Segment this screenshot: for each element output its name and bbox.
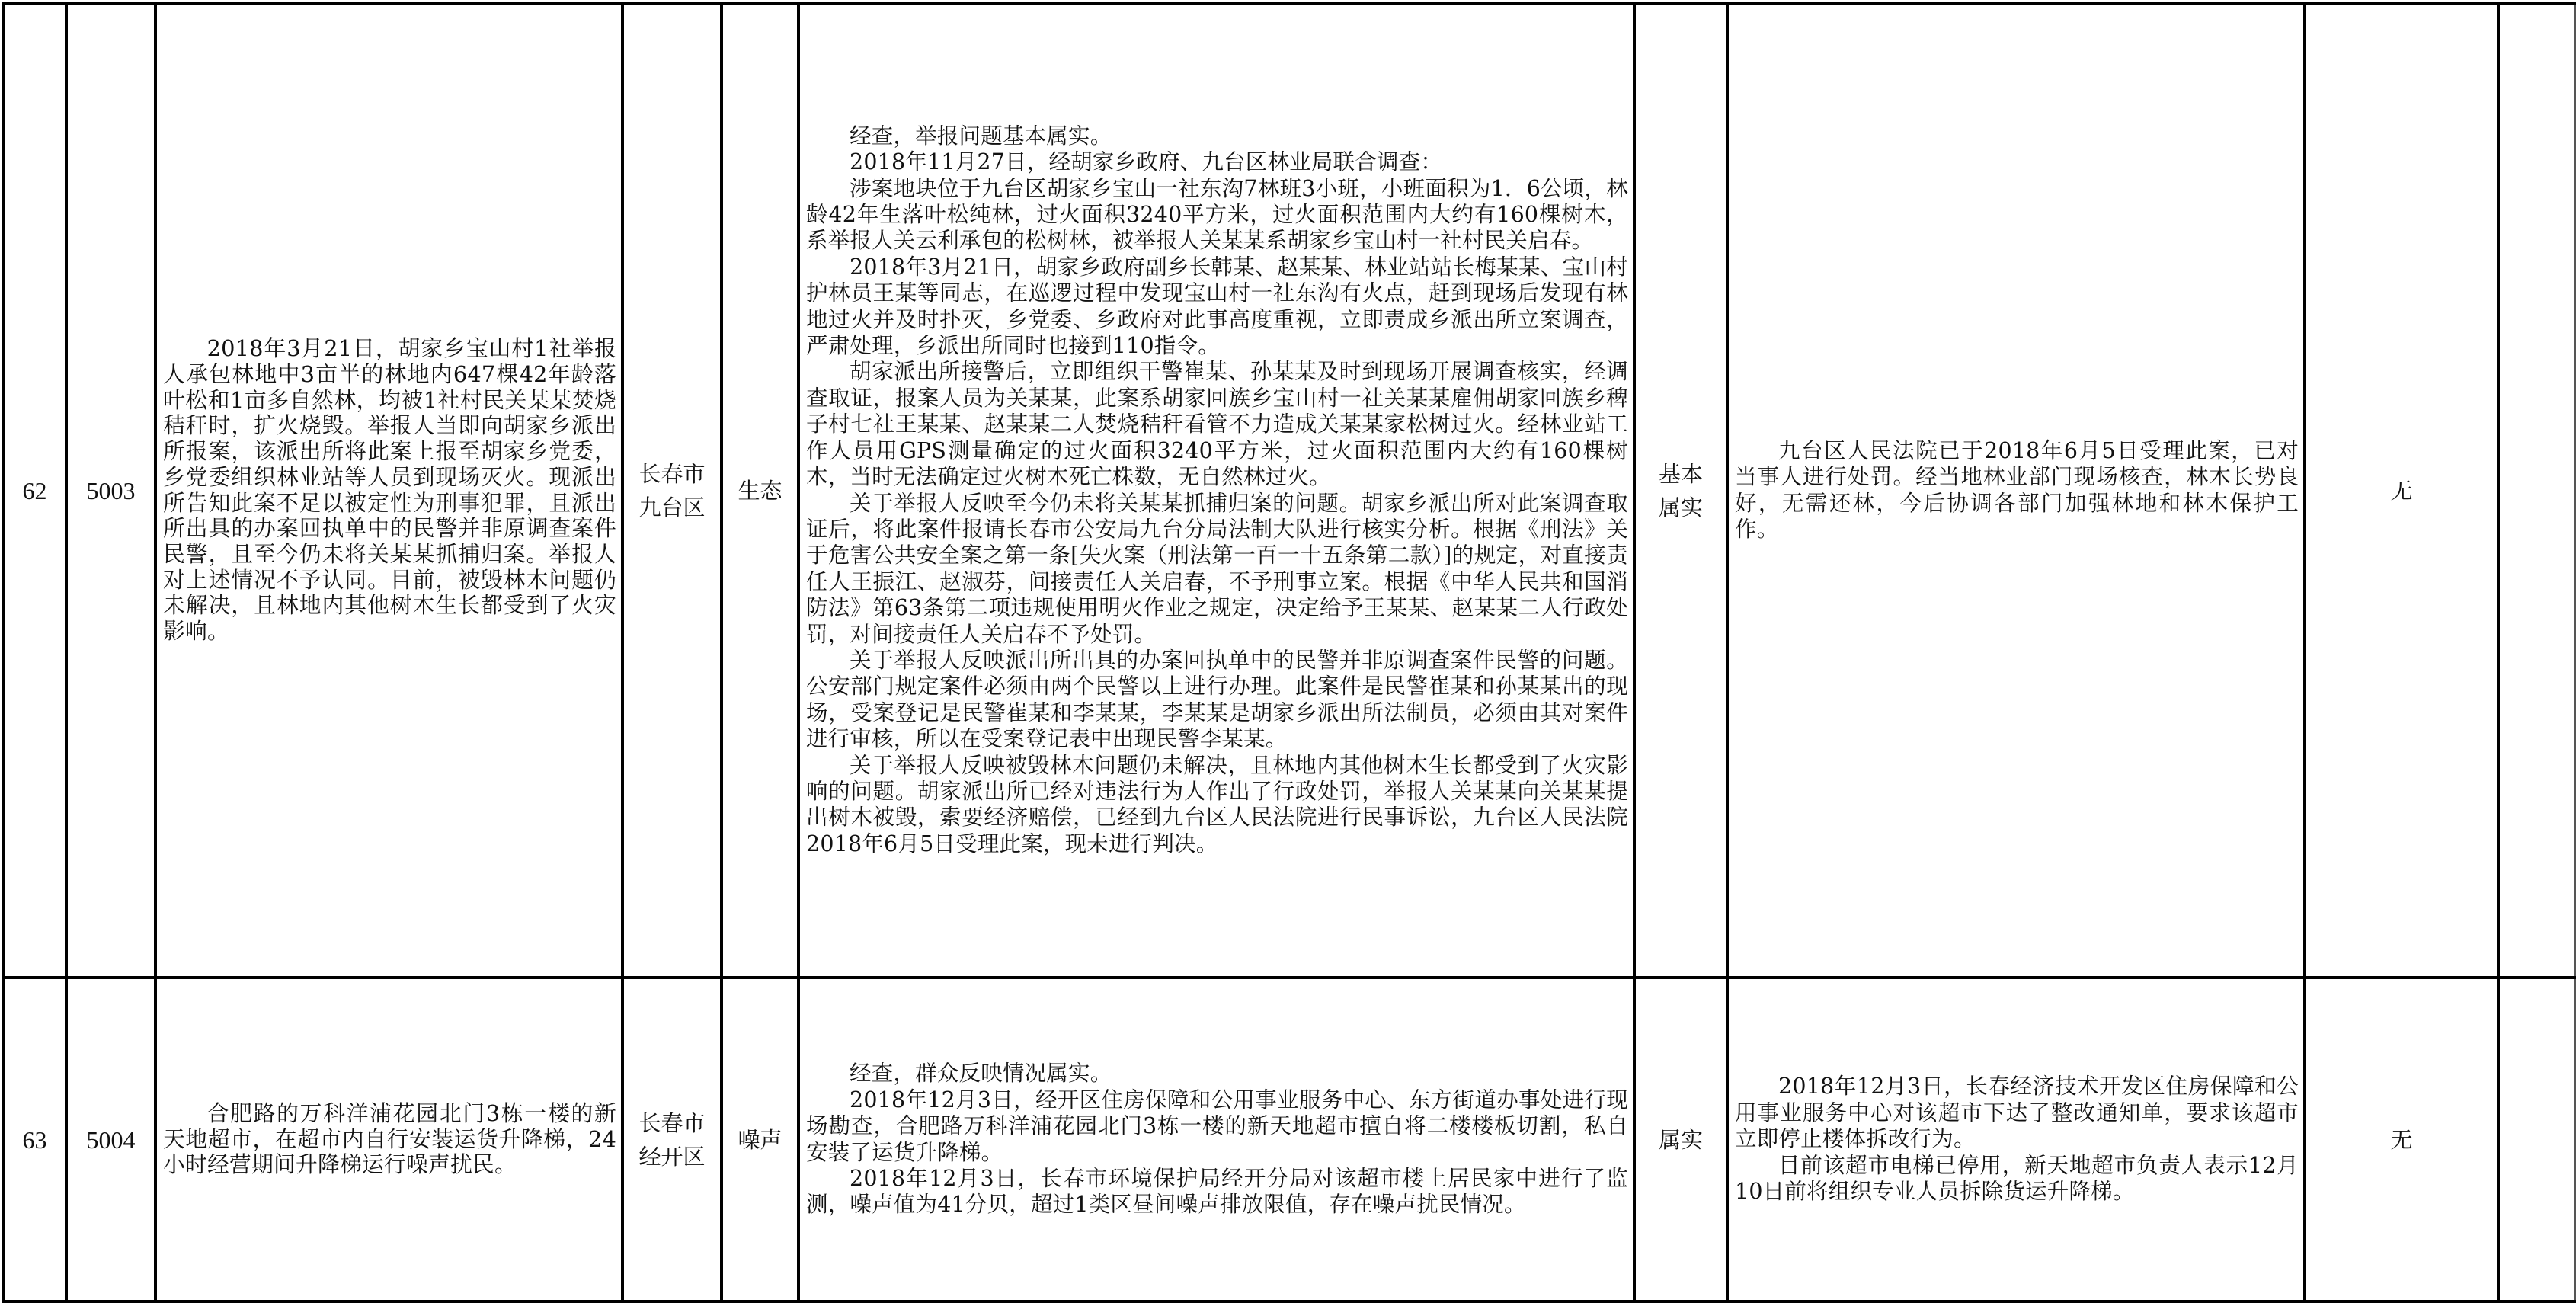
accountability-text: 无 <box>2390 1127 2412 1153</box>
verdict-cell: 基本 属实 <box>1634 3 1727 978</box>
investigation-findings-cell: 经查，举报问题基本属实。 2018年11月27日，经胡家乡政府、九台区林业局联合… <box>798 3 1634 978</box>
handling-paragraph: 九台区人民法院已于2018年6月5日受理此案，已对当事人进行处罚。经当地林业部门… <box>1735 438 2299 543</box>
findings-paragraph: 2018年11月27日，经胡家乡政府、九台区林业局联合调查： <box>806 149 1628 175</box>
complaint-handling-table: 62 5003 2018年3月21日，胡家乡宝山村1社举报人承包林地中3亩半的林… <box>2 2 2576 1303</box>
district-cell: 长春市 经开区 <box>622 978 722 1301</box>
findings-paragraph: 关于举报人反映派出所出具的办案回执单中的民警并非原调查案件民警的问题。公安部门规… <box>806 648 1628 753</box>
district-cell: 长春市 九台区 <box>622 3 722 978</box>
handling-paragraph: 目前该超市电梯已停用，新天地超市负责人表示12月10日前将组织专业人员拆除货运升… <box>1735 1153 2299 1205</box>
accountability-cell: 无 <box>2305 978 2498 1301</box>
findings-paragraph: 关于举报人反映被毁林木问题仍未解决，且林地内其他树木生长都受到了火灾影响的问题。… <box>806 753 1628 858</box>
sequence-number-cell: 63 <box>3 978 66 1301</box>
investigation-findings-cell: 经查，群众反映情况属实。 2018年12月3日，经开区住房保障和公用事业服务中心… <box>798 978 1634 1301</box>
category-cell: 噪声 <box>722 978 798 1301</box>
verdict-text: 基本 <box>1636 457 1726 491</box>
case-id: 5003 <box>87 477 136 504</box>
complaint-content: 2018年3月21日，胡家乡宝山村1社举报人承包林地中3亩半的林地内647棵42… <box>163 336 616 644</box>
verdict-text: 属实 <box>1636 1123 1726 1157</box>
sequence-number-cell: 62 <box>3 3 66 978</box>
district-city: 长春市 <box>624 457 720 491</box>
complaint-content: 合肥路的万科洋浦花园北门3栋一楼的新天地超市，在超市内自行安装运货升降梯，24小… <box>163 1101 616 1178</box>
table-row: 62 5003 2018年3月21日，胡家乡宝山村1社举报人承包林地中3亩半的林… <box>3 3 2575 978</box>
district-area: 九台区 <box>624 491 720 524</box>
remarks-cell <box>2498 978 2575 1301</box>
table-row: 63 5004 合肥路的万科洋浦花园北门3栋一楼的新天地超市，在超市内自行安装运… <box>3 978 2575 1301</box>
district-city: 长春市 <box>624 1106 720 1140</box>
findings-paragraph: 2018年12月3日，长春市环境保护局经开分局对该超市楼上居民家中进行了监测，噪… <box>806 1166 1628 1218</box>
findings-paragraph: 涉案地块位于九台区胡家乡宝山一社东沟7林班3小班，小班面积为1．6公顷，林龄42… <box>806 176 1628 254</box>
sequence-number: 63 <box>23 1126 47 1154</box>
pollution-category: 噪声 <box>738 1127 782 1153</box>
findings-paragraph: 2018年3月21日，胡家乡政府副乡长韩某、赵某某、林业站站长梅某某、宝山村护林… <box>806 254 1628 360</box>
case-id: 5004 <box>87 1126 136 1154</box>
accountability-cell: 无 <box>2305 3 2498 978</box>
findings-paragraph: 经查，举报问题基本属实。 <box>806 123 1628 149</box>
verdict-text: 属实 <box>1636 491 1726 524</box>
findings-paragraph: 经查，群众反映情况属实。 <box>806 1061 1628 1087</box>
handling-paragraph: 2018年12月3日，长春经济技术开发区住房保障和公用事业服务中心对该超市下达了… <box>1735 1074 2299 1152</box>
category-cell: 生态 <box>722 3 798 978</box>
case-id-cell: 5003 <box>66 3 155 978</box>
accountability-text: 无 <box>2390 478 2412 504</box>
handling-cell: 2018年12月3日，长春经济技术开发区住房保障和公用事业服务中心对该超市下达了… <box>1727 978 2305 1301</box>
findings-paragraph: 胡家派出所接警后，立即组织干警崔某、孙某某及时到现场开展调查核实，经调查取证，报… <box>806 359 1628 490</box>
sequence-number: 62 <box>23 477 47 504</box>
findings-paragraph: 关于举报人反映至今仍未将关某某抓捕归案的问题。胡家乡派出所对此案调查取证后，将此… <box>806 491 1628 648</box>
findings-paragraph: 2018年12月3日，经开区住房保障和公用事业服务中心、东方街道办事处进行现场勘… <box>806 1087 1628 1166</box>
complaint-content-cell: 合肥路的万科洋浦花园北门3栋一楼的新天地超市，在超市内自行安装运货升降梯，24小… <box>155 978 622 1301</box>
case-id-cell: 5004 <box>66 978 155 1301</box>
complaint-content-cell: 2018年3月21日，胡家乡宝山村1社举报人承包林地中3亩半的林地内647棵42… <box>155 3 622 978</box>
verdict-cell: 属实 <box>1634 978 1727 1301</box>
district-area: 经开区 <box>624 1140 720 1173</box>
handling-cell: 九台区人民法院已于2018年6月5日受理此案，已对当事人进行处罚。经当地林业部门… <box>1727 3 2305 978</box>
remarks-cell <box>2498 3 2575 978</box>
pollution-category: 生态 <box>738 478 782 504</box>
